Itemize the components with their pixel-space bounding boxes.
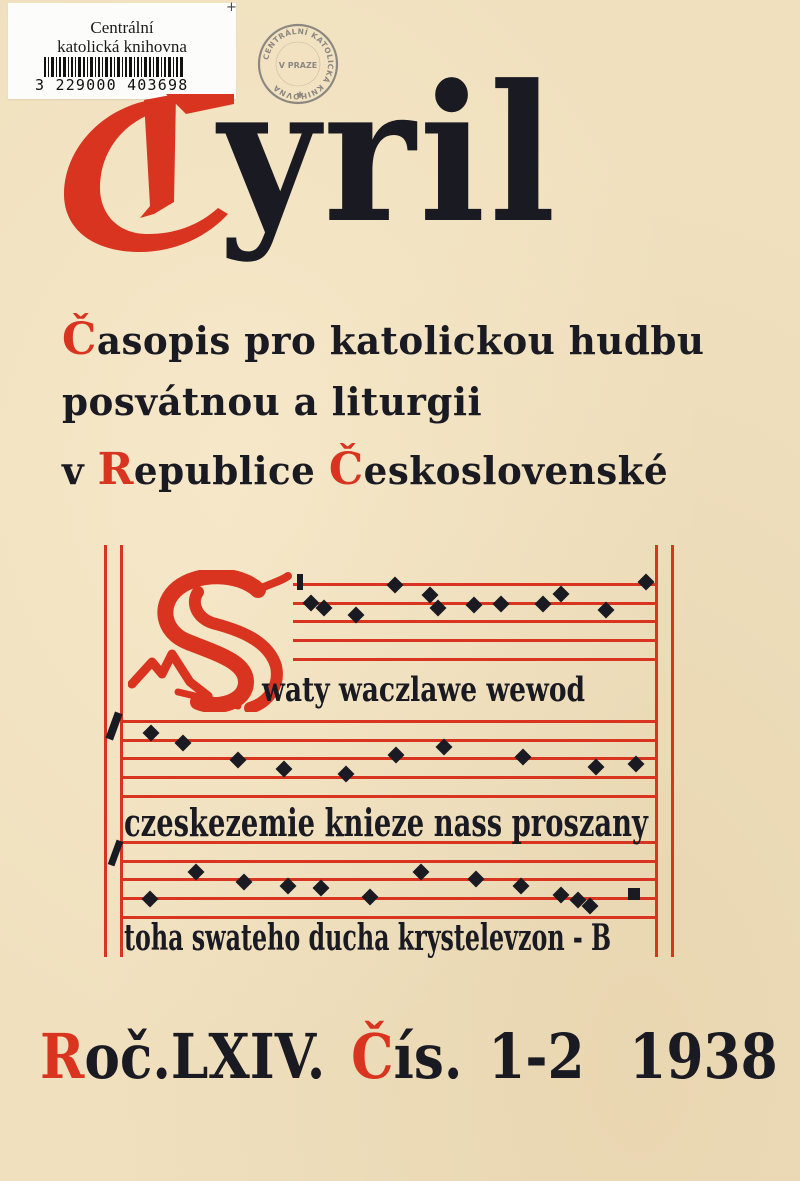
issue-line: Roč.LXIV.Čís.1-21938 xyxy=(40,1022,778,1092)
issue-year: 1938 xyxy=(629,1020,777,1093)
lyric-line-3: toha swateho ducha krystelevzon - B xyxy=(124,917,611,959)
lyric-line-2: czeskezemie knieze nass proszany xyxy=(124,800,648,845)
border-line-right-inner xyxy=(655,545,658,957)
issue-number: 1-2 xyxy=(488,1020,584,1093)
border-line-right-outer xyxy=(671,545,674,957)
issue-initial-c: Č xyxy=(351,1020,393,1093)
issue-year-prefix: oč. xyxy=(84,1020,171,1093)
issue-initial-r: R xyxy=(40,1020,84,1093)
border-line-left-outer xyxy=(104,545,107,957)
issue-volume: LXIV. xyxy=(171,1020,325,1093)
border-line-left-inner xyxy=(120,545,123,957)
chant-notation-panel: waty waczlawe wewod czeskezemie knieze n… xyxy=(0,0,800,1000)
lyric-line-1: waty waczlawe wewod xyxy=(262,670,585,710)
magazine-cover: Centrální katolická knihovna xyxy=(0,0,800,1181)
issue-number-label: ís. xyxy=(394,1020,463,1093)
